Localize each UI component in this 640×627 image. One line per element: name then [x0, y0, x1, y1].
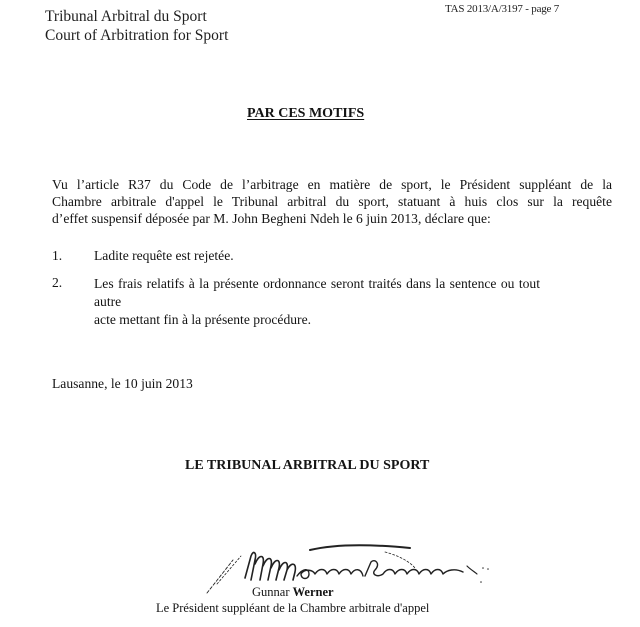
issuing-authority: LE TRIBUNAL ARBITRAL DU SPORT: [185, 458, 429, 474]
preamble-line: Chambre arbitrale d'appel le Tribunal ar…: [52, 193, 612, 210]
decision-text: Ladite requête est rejetée.: [94, 248, 234, 264]
decision-line: acte mettant fin à la présente procédure…: [94, 311, 540, 329]
section-heading: PAR CES MOTIFS: [247, 106, 364, 122]
case-reference: TAS 2013/A/3197 - page 7: [445, 3, 559, 15]
signer-title: Le Président suppléant de la Chambre arb…: [156, 601, 429, 616]
handwritten-signature: [205, 538, 495, 598]
signer-name: Gunnar Werner: [252, 585, 334, 600]
decision-line: Les frais relatifs à la présente ordonna…: [94, 275, 540, 311]
preamble-paragraph: Vu l’article R37 du Code de l’arbitrage …: [52, 176, 612, 227]
preamble-line: d’effet suspensif déposée par M. John Be…: [52, 210, 612, 227]
organization-name-fr: Tribunal Arbitral du Sport: [45, 8, 207, 26]
organization-name-en: Court of Arbitration for Sport: [45, 27, 228, 45]
decision-text: Les frais relatifs à la présente ordonna…: [94, 275, 540, 329]
preamble-line: Vu l’article R37 du Code de l’arbitrage …: [52, 176, 612, 193]
decision-number: 1.: [52, 248, 62, 264]
signer-last-name: Werner: [293, 585, 334, 599]
decision-number: 2.: [52, 275, 62, 291]
signer-first-name: Gunnar: [252, 585, 290, 599]
place-and-date: Lausanne, le 10 juin 2013: [52, 376, 193, 392]
